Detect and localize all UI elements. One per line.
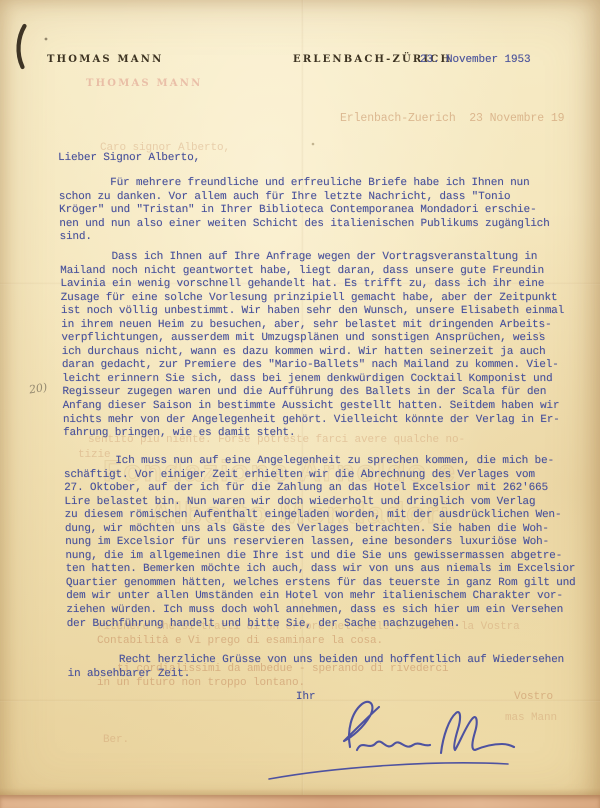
letter-body: Lieber Signor Alberto, Für mehrere freun… [58, 150, 600, 770]
scanned-letter-page: Fondazione Arnoldo e Alberto Mondadori T… [0, 0, 600, 808]
salutation: Lieber Signor Alberto, [58, 152, 200, 164]
closing-ihr: Ihr [296, 691, 316, 703]
paragraph-4: Recht herzliche Grüsse von uns beiden un… [67, 654, 600, 681]
typed-date: 23. November 1953 [420, 54, 531, 66]
letterhead-sender: THOMAS MANN [47, 54, 163, 65]
ghost-dateline: Erlenbach-Zuerich 23 Novembre 19 [340, 112, 564, 125]
scan-bottom-edge [0, 795, 600, 808]
paper-bottom-shadow [0, 788, 600, 795]
ghost-letterhead-sender: THOMAS MANN [86, 77, 202, 90]
paragraph-3: Ich muss nun auf eine Angelegenheit zu s… [64, 455, 600, 631]
paragraph-2: Dass ich Ihnen auf Ihre Anfrage wegen de… [60, 251, 600, 441]
pencil-note: 20) [28, 381, 48, 397]
paragraph-1: Für mehrere freundliche und erfreuliche … [58, 177, 600, 245]
